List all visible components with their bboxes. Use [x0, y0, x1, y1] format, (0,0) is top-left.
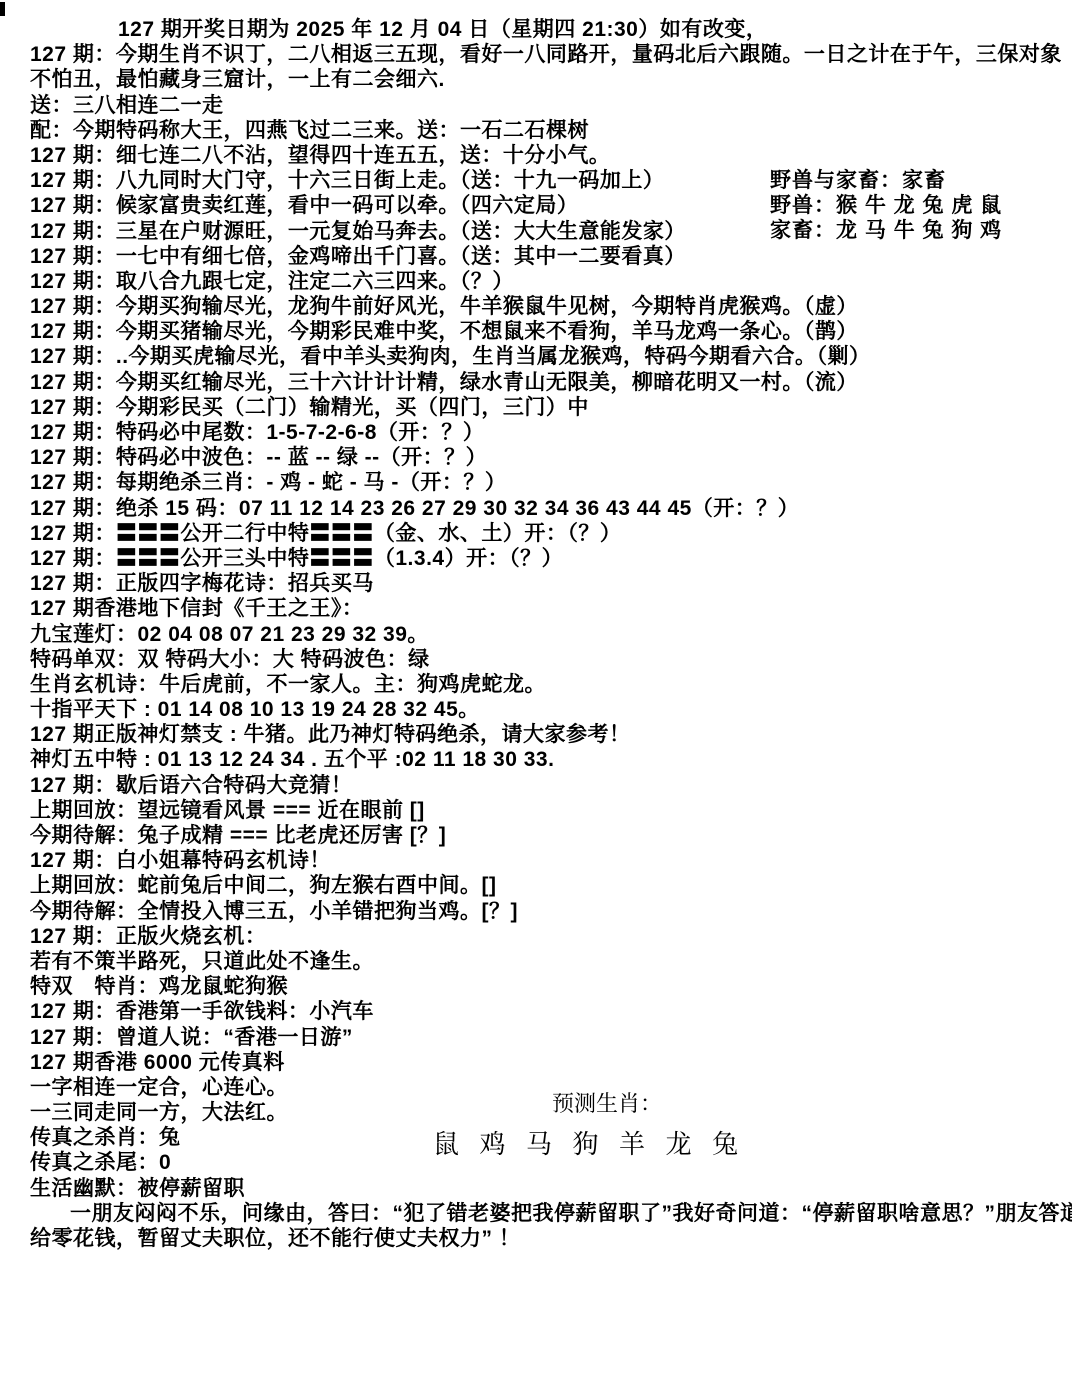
- text-line-30: 神灯五中特 : 01 13 12 24 34 . 五个平 :02 11 18 3…: [30, 747, 1072, 772]
- text-line-27: 生肖玄机诗：牛后虎前，不一家人。主：狗鸡虎蛇龙。: [30, 672, 1072, 697]
- text-line-11: 127 期：取八合九跟七定，注定二六三四来。（？）: [30, 269, 1072, 294]
- text-line-40: 127 期：香港第一手欲钱料：小汽车: [30, 999, 1072, 1024]
- prediction-title: 预测生肖：: [552, 1087, 662, 1118]
- text-line-12: 127 期：今期买狗输尽光，龙狗牛前好风光，牛羊猴鼠牛见树，今期特肖虎猴鸡。（虚…: [30, 294, 1072, 319]
- domestic-list: 家畜：龙 马 牛 兔 狗 鸡: [770, 218, 1002, 243]
- text-line-26: 特码单双：双 特码大小：大 特码波色：绿: [30, 647, 1072, 672]
- text-line-32: 上期回放：望远镜看风景 === 近在眼前 []: [30, 798, 1072, 823]
- text-line-38: 若有不策半路死，只道此处不逢生。: [30, 949, 1072, 974]
- text-line-28: 十指平天下 : 01 14 08 10 13 19 24 28 32 45。: [30, 697, 1072, 722]
- text-line-13: 127 期：今期买猪输尽光，今期彩民难中奖，不想鼠来不看狗，羊马龙鸡一条心。（鹊…: [30, 319, 1072, 344]
- text-line-20: 127 期：绝杀 15 码：07 11 12 14 23 26 27 29 30…: [30, 496, 1072, 521]
- text-line-33: 今期待解：兔子成精 === 比老虎还厉害 [？]: [30, 823, 1072, 848]
- text-line-47: 生活幽默：被停薪留职: [30, 1176, 1072, 1201]
- text-line-48: 一朋友闷闷不乐，问缘由，答曰：“犯了错老婆把我停薪留职了”我好奇问道：“停薪留职…: [30, 1201, 1072, 1226]
- text-line-42: 127 期香港 6000 元传真料: [30, 1050, 1072, 1075]
- text-line-41: 127 期：曾道人说：“香港一日游”: [30, 1025, 1072, 1050]
- prediction-zodiacs: 鼠 鸡 马 狗 羊 龙 兔: [433, 1124, 745, 1161]
- text-line-24: 127 期香港地下信封《千王之王》：: [30, 596, 1072, 621]
- text-line-4: 送：三八相连二一走: [30, 93, 1072, 118]
- lottery-tip-sheet: 127 期开奖日期为 2025 年 12 月 04 日（星期四 21:30）如有…: [0, 0, 1072, 1388]
- text-line-18: 127 期：特码必中波色：-- 蓝 -- 绿 --（开：？）: [30, 445, 1072, 470]
- text-line-39: 特双 特肖：鸡龙鼠蛇狗猴: [30, 974, 1072, 999]
- text-line-3: 不怕丑，最怕藏身三窟计，一上有二会细六.: [30, 67, 1072, 92]
- text-line-14: 127 期：..今期买虎输尽光，看中羊头卖狗肉，生肖当属龙猴鸡，特码今期看六合。…: [30, 344, 1072, 369]
- text-line-21: 127 期：〓〓〓公开二行中特〓〓〓（金、水、土）开：（？）: [30, 521, 1072, 546]
- text-line-15: 127 期：今期买红输尽光，三十六计计计精，绿水青山无限美，柳暗花明又一村。（流…: [30, 370, 1072, 395]
- text-line-10: 127 期：一七中有细七倍，金鸡啼出千门喜。（送：其中一二要看真）: [30, 244, 1072, 269]
- text-line-2: 127 期：今期生肖不识丁，二八相返三五现，看好一八同路开，量码北后六跟随。一日…: [30, 42, 1072, 67]
- text-line-22: 127 期：〓〓〓公开三头中特〓〓〓（1.3.4）开：（？）: [30, 546, 1072, 571]
- beast-domestic-header: 野兽与家畜：家畜: [770, 168, 1002, 193]
- text-line-35: 上期回放：蛇前兔后中间二，狗左猴右酉中间。[]: [30, 873, 1072, 898]
- text-line-37: 127 期：正版火烧玄机：: [30, 924, 1072, 949]
- text-line-23: 127 期：正版四字梅花诗：招兵买马: [30, 571, 1072, 596]
- text-line-5: 配：今期特码称大王，四燕飞过二三来。送：一石二石棵树: [30, 118, 1072, 143]
- scan-artifact-mark: [0, 2, 5, 16]
- text-line-29: 127 期正版神灯禁支 : 牛猪。此乃神灯特码绝杀，请大家参考！: [30, 722, 1072, 747]
- beast-domestic-panel: 野兽与家畜：家畜 野兽：猴 牛 龙 兔 虎 鼠 家畜：龙 马 牛 兔 狗 鸡: [770, 168, 1002, 244]
- text-line-6: 127 期：细七连二八不沾，望得四十连五五，送：十分小气。: [30, 143, 1072, 168]
- text-line-1: 127 期开奖日期为 2025 年 12 月 04 日（星期四 21:30）如有…: [30, 17, 1072, 42]
- text-line-36: 今期待解：全情投入博三五，小羊错把狗当鸡。[？]: [30, 899, 1072, 924]
- text-line-16: 127 期：今期彩民买（二门）输精光，买（四门，三门）中: [30, 395, 1072, 420]
- beast-list: 野兽：猴 牛 龙 兔 虎 鼠: [770, 193, 1002, 218]
- text-line-19: 127 期：每期绝杀三肖：- 鸡 - 蛇 - 马 -（开：？）: [30, 470, 1072, 495]
- text-line-25: 九宝莲灯：02 04 08 07 21 23 29 32 39。: [30, 622, 1072, 647]
- text-line-31: 127 期：歇后语六合特码大竞猜！: [30, 773, 1072, 798]
- text-line-49: 给零花钱，暂留丈夫职位，还不能行使丈夫权力” ！: [30, 1226, 1072, 1251]
- text-line-17: 127 期：特码必中尾数：1-5-7-2-6-8（开：？）: [30, 420, 1072, 445]
- text-line-44: 一三同走同一方，大法红。: [30, 1100, 1072, 1125]
- text-line-43: 一字相连一定合，心连心。: [30, 1075, 1072, 1100]
- text-line-34: 127 期：白小姐幕特码玄机诗！: [30, 848, 1072, 873]
